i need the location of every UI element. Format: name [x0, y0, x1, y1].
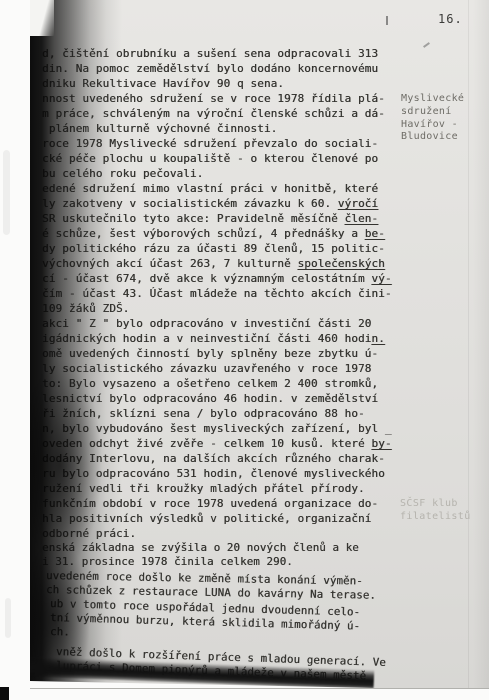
- margin-note-line: SČSF klub: [400, 498, 471, 511]
- text-line: odborné práci.: [42, 526, 414, 541]
- document-page: 16. d, čištění obrubníku a sušení sena o…: [30, 0, 489, 689]
- text-line: ružení vedli tři kroužky mladých přátel …: [42, 481, 414, 496]
- margin-note-line: Myslivecké: [401, 93, 464, 106]
- text-line: d, čištění obrubníku a sušení sena odpra…: [42, 46, 414, 61]
- text-line: bu celého roku pečovali.: [42, 166, 414, 181]
- text-line: dodány Interlovu, na dalších akcích různ…: [42, 451, 414, 466]
- scan-artifact-mark: [423, 42, 430, 48]
- margin-note-line: Bludovice: [401, 131, 464, 144]
- margin-note-line: Havířov -: [401, 119, 464, 132]
- text-line: SR uskutečnilo tyto akce: Pravidelně měs…: [42, 211, 414, 226]
- text-line: plánem kulturně výchovné činnosti.: [42, 121, 414, 136]
- scanned-document: 16. d, čištění obrubníku a sušení sena o…: [0, 0, 489, 700]
- text-line: igádnických hodin a v neinvestiční části…: [42, 331, 414, 346]
- text-line: din. Na pomoc zemědělství bylo dodáno ko…: [42, 61, 414, 76]
- text-line: omě uvedených činností byly splněny beze…: [42, 346, 414, 361]
- text-line: lesnictví bylo odpracováno 46 hodin. v z…: [42, 391, 414, 406]
- page-edge-highlight: [30, 0, 54, 36]
- text-line: é schůze, šest výborových schůzí, 4 před…: [42, 226, 414, 241]
- text-line: enská základna se zvýšila o 20 nových čl…: [42, 541, 414, 555]
- text-line: i 31. prosince 1978 činila celkem 290.: [42, 555, 414, 569]
- text-line: oveden odchyt živé zvěře - celkem 10 kus…: [42, 436, 414, 451]
- text-line: cí - účast 674, dvě akce k významným cel…: [42, 271, 414, 286]
- scan-corner-artifact: [0, 687, 9, 700]
- text-line: edené sdružení mimo vlastní práci v honi…: [42, 181, 414, 196]
- text-line: to: Bylo vysazeno a ošetřeno celkem 2 40…: [42, 376, 414, 391]
- scan-artifact-tick: [386, 16, 388, 25]
- text-line: 109 žáků ZDŠ.: [42, 301, 414, 316]
- text-line: roce 1978 Myslivecké sdružení převzalo d…: [42, 136, 414, 151]
- text-line: ři žních, sklízni sena / bylo odpracován…: [42, 406, 414, 421]
- text-line: akci " Z " bylo odpracováno v investiční…: [42, 316, 414, 331]
- typewritten-text-block: d, čištění obrubníku a sušení sena odpra…: [42, 46, 414, 673]
- scanner-smudge: [5, 598, 11, 638]
- text-line: cké péče plochu u koupaliště - o kterou …: [42, 151, 414, 166]
- scanner-smudge: [3, 150, 10, 235]
- text-line: nnost uvedeného sdružení se v roce 1978 …: [42, 91, 414, 106]
- margin-note-philatelist-club: SČSF klubfilatelistů: [400, 498, 471, 524]
- page-number: 16.: [438, 12, 463, 26]
- text-line: funkčním období v roce 1978 uvedená orga…: [42, 496, 414, 511]
- text-line: čím - účast 43. Účast mládeže na těchto …: [42, 286, 414, 301]
- text-line: ly socialistického závazku uzavřeného v …: [42, 361, 414, 376]
- text-line: n, bylo vybudováno šest mysliveckých zař…: [42, 421, 414, 436]
- text-line: dy politického rázu za účasti 89 členů, …: [42, 241, 414, 256]
- text-line: ly zakotveny v socialistickém závazku k …: [42, 196, 414, 211]
- text-line: výchovných akcí účast 263, 7 kulturně sp…: [42, 256, 414, 271]
- text-line: dniku Rekultivace Havířov 90 q sena.: [42, 76, 414, 91]
- text-line: ru bylo odpracováno 531 hodin, členové m…: [42, 466, 414, 481]
- margin-note-hunting-association: MysliveckésdruženíHavířov -Bludovice: [401, 93, 464, 144]
- margin-note-line: filatelistů: [400, 511, 471, 524]
- text-line: m práce, schváleným na výroční členské s…: [42, 106, 414, 121]
- margin-note-line: sdružení: [401, 106, 464, 119]
- text-line: hla positivních výsledků v politické, or…: [42, 511, 414, 526]
